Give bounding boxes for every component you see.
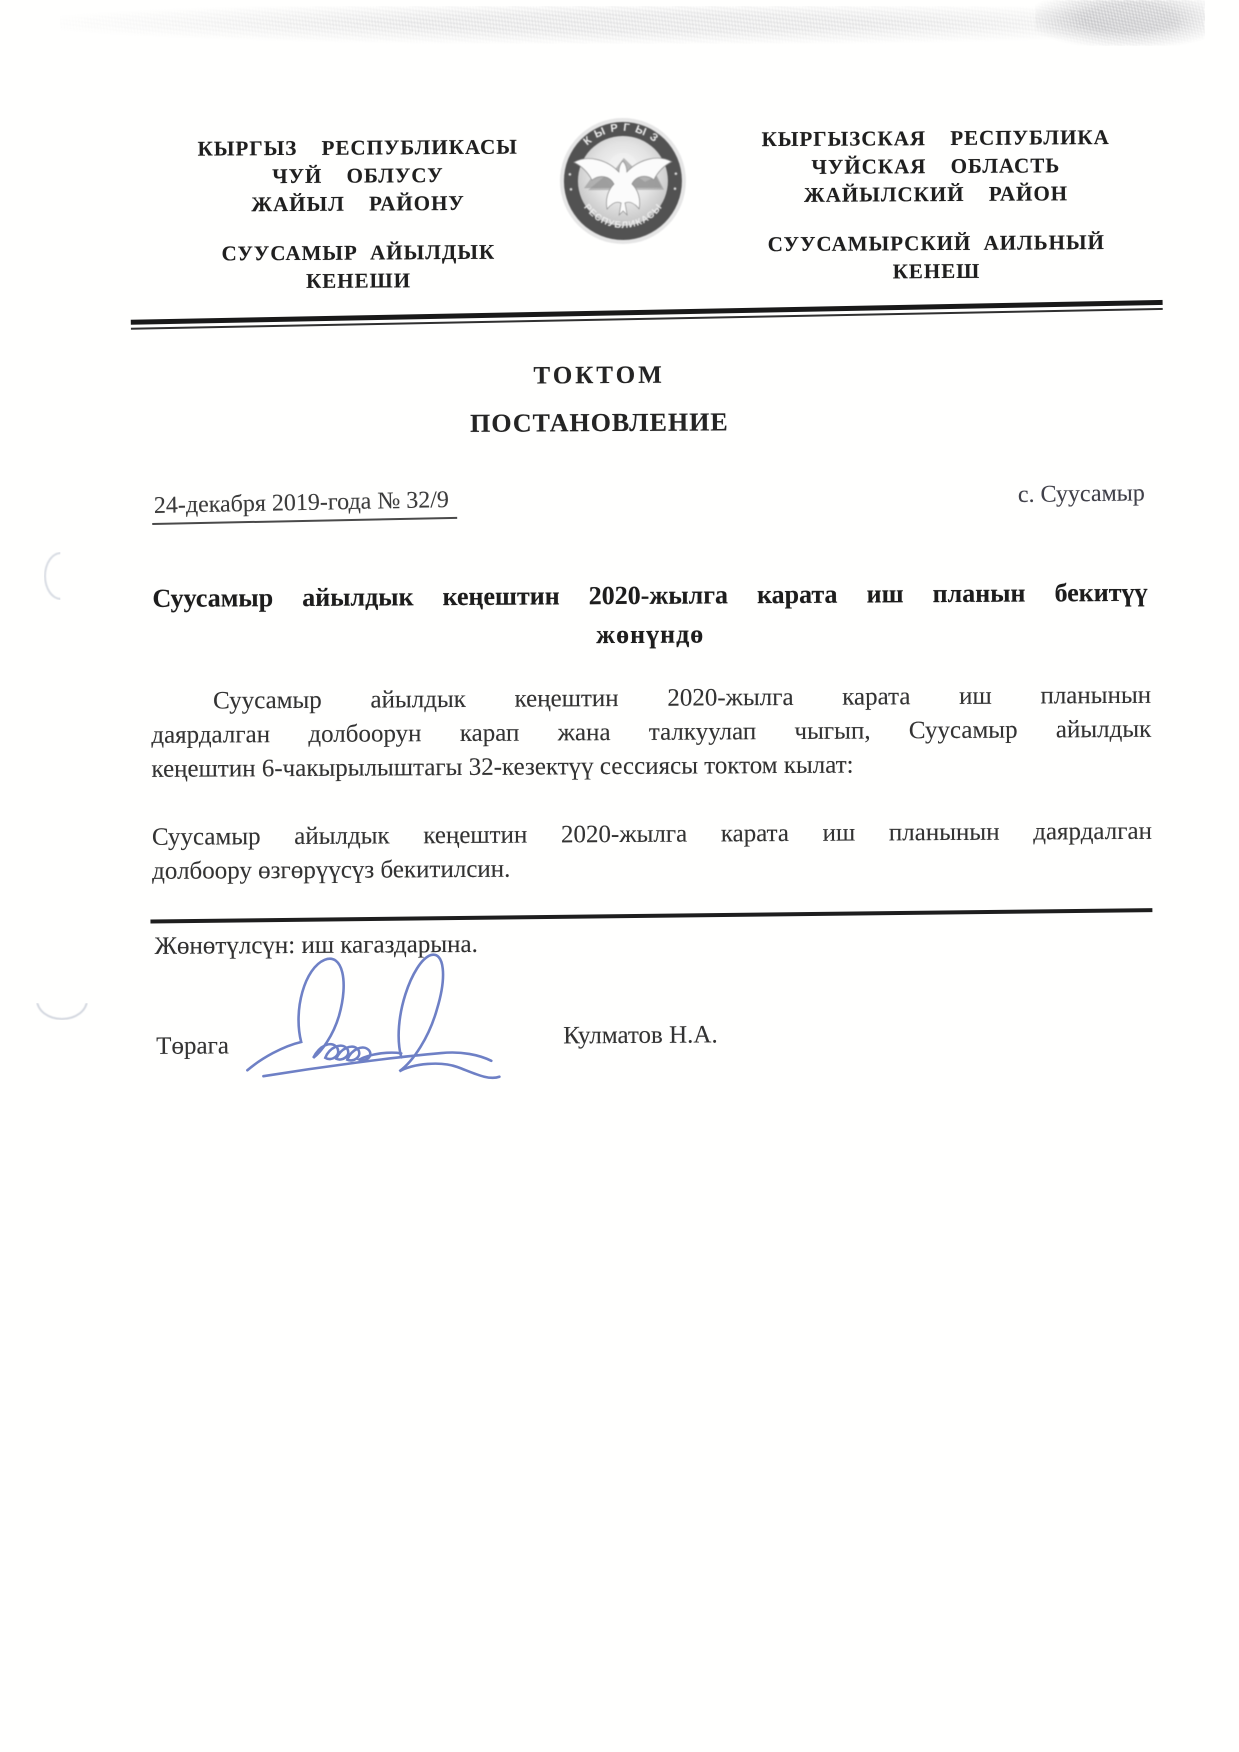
body-line: долбоору өзгөрүүсүз бекитилсин. bbox=[152, 849, 1152, 889]
subject-line: жөнүндө bbox=[153, 612, 1148, 657]
letterhead-divider bbox=[131, 300, 1163, 330]
doc-type-toktom: ТОКТОМ bbox=[149, 359, 1049, 392]
org-line: СУУСАМЫР АЙЫЛДЫК bbox=[163, 237, 553, 267]
subject-title: Суусамыр айылдык кеңештин 2020-жылга кар… bbox=[152, 573, 1147, 657]
body-line: Суусамыр айылдык кеңештин 2020-жылга кар… bbox=[152, 815, 1152, 855]
body-paragraph-1: Суусамыр айылдык кеңештин 2020-жылга кар… bbox=[151, 679, 1152, 787]
document-content: КЫРГЫЗ РЕСПУБЛИКАСЫ ЧУЙ ОБЛУСУ ЖАЙЫЛ РАЙ… bbox=[0, 0, 1239, 1752]
subject-line: Суусамыр айылдык кеңештин 2020-жылга кар… bbox=[152, 573, 1147, 618]
place-name: с. Суусамыр bbox=[1018, 476, 1145, 509]
region-line: ЖАЙЫЛ РАЙОНУ bbox=[163, 188, 553, 218]
org-line: КЕНЕШ bbox=[740, 256, 1132, 286]
kyrgyz-republic-emblem-icon: КЫРГЫЗ РЕСПУБЛИКАСЫ bbox=[558, 116, 689, 247]
letterhead-left: КЫРГЫЗ РЕСПУБЛИКАСЫ ЧУЙ ОБЛУСУ ЖАЙЫЛ РАЙ… bbox=[163, 132, 554, 295]
date-place-row: 24-декабря 2019-года № 32/9 с. Суусамыр bbox=[152, 477, 1145, 523]
org-name-ru: СУУСАМЫРСКИЙ АИЛЬНЫЙ КЕНЕШ bbox=[740, 228, 1132, 286]
region-line: ЖАЙЫЛСКИЙ РАЙОН bbox=[740, 179, 1132, 209]
region-line: ЧУЙ ОБЛУСУ bbox=[163, 160, 553, 190]
region-line: КЫРГЫЗ РЕСПУБЛИКАСЫ bbox=[163, 132, 553, 162]
body-line: даярдалган долбоорун карап жана талкуула… bbox=[151, 713, 1151, 753]
doc-type-postanovlenie: ПОСТАНОВЛЕНИЕ bbox=[149, 405, 1049, 440]
org-name-ky: СУУСАМЫР АЙЫЛДЫК КЕНЕШИ bbox=[163, 237, 553, 295]
date-and-number: 24-декабря 2019-года № 32/9 bbox=[152, 487, 458, 525]
signer-name: Кулматов Н.А. bbox=[563, 1021, 718, 1050]
footer-divider bbox=[150, 908, 1152, 923]
scanned-decree-page: КЫРГЫЗ РЕСПУБЛИКАСЫ ЧУЙ ОБЛУСУ ЖАЙЫЛ РАЙ… bbox=[0, 0, 1239, 1752]
signer-role-label: Төрага bbox=[156, 1032, 229, 1060]
handwritten-signature bbox=[241, 949, 522, 1101]
letterhead-right: КЫРГЫЗСКАЯ РЕСПУБЛИКА ЧУЙСКАЯ ОБЛАСТЬ ЖА… bbox=[740, 123, 1133, 286]
body-paragraph-2: Суусамыр айылдык кеңештин 2020-жылга кар… bbox=[152, 815, 1152, 889]
region-line: ЧУЙСКАЯ ОБЛАСТЬ bbox=[740, 151, 1132, 181]
body-line: кеңештин 6-чакырылыштагы 32-кезектүү сес… bbox=[151, 747, 1151, 787]
org-line: СУУСАМЫРСКИЙ АИЛЬНЫЙ bbox=[740, 228, 1132, 258]
org-line: КЕНЕШИ bbox=[163, 265, 553, 295]
region-line: КЫРГЫЗСКАЯ РЕСПУБЛИКА bbox=[740, 123, 1132, 153]
